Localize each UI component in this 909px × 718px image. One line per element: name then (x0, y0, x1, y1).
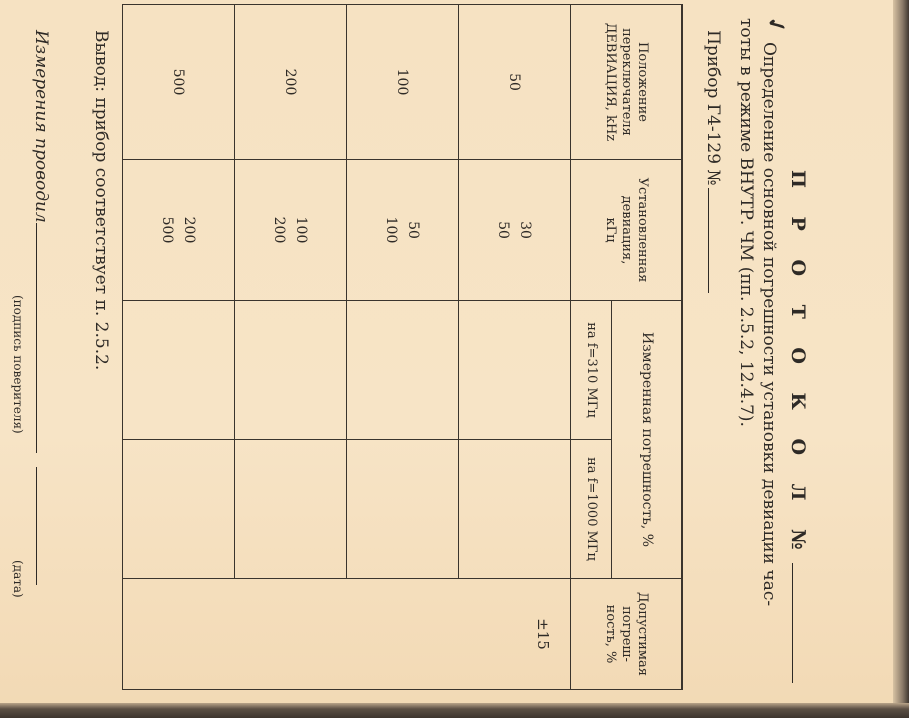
measured-by-line: Измерения проводил (31, 30, 51, 585)
measurement-table: Положение переключателя ДЕВИАЦИЯ, kHz Ус… (122, 4, 683, 690)
device-number-blank[interactable] (708, 188, 709, 293)
conclusion-text: Вывод: прибор соответствует п. 2.5.2. (91, 30, 111, 370)
header-measured-error: Измеренная погрешность, % (612, 301, 682, 579)
description-line-1: Определение основной погрешности установ… (757, 42, 781, 702)
signature-blank[interactable] (36, 223, 37, 453)
set-values: 200500 (123, 160, 235, 301)
header-switch-position: Положение переключателя ДЕВИАЦИЯ, kHz (571, 5, 683, 160)
device-label: Прибор Г4-129 № (703, 30, 723, 293)
header-set-deviation: Установленная девиация, кГц (571, 160, 683, 301)
switch-value: 200 (235, 5, 347, 160)
header-f1000: на f=1000 МГц (571, 440, 612, 579)
check-mark-icon: ✓ (761, 12, 792, 38)
signature-caption: (подпись поверителя) (11, 295, 25, 434)
f1000-input-cell[interactable] (459, 440, 571, 579)
document-page: ✓ П Р О Т О К О Л № Определение основной… (0, 0, 909, 718)
page-spine-shadow (893, 0, 909, 703)
header-f310: на f=310 МГц (571, 301, 612, 440)
f1000-input-cell[interactable] (347, 440, 459, 579)
description-line-2: тоты в режиме ВНУТР. ЧМ (пп. 2.5.2, 12.4… (736, 18, 756, 427)
switch-value: 500 (123, 5, 235, 160)
set-values: 50100 (347, 160, 459, 301)
book-binding-edge (0, 703, 909, 718)
f310-input-cell[interactable] (459, 301, 571, 440)
f1000-input-cell[interactable] (123, 440, 235, 579)
protocol-number-blank[interactable] (792, 563, 793, 683)
header-tolerance: Допустимая погреш- ность, % (571, 579, 683, 690)
f310-input-cell[interactable] (347, 301, 459, 440)
f310-input-cell[interactable] (235, 301, 347, 440)
date-blank[interactable] (36, 467, 37, 585)
f1000-input-cell[interactable] (235, 440, 347, 579)
date-caption: (дата) (11, 560, 25, 598)
set-values: 3050 (459, 160, 571, 301)
switch-value: 100 (347, 5, 459, 160)
tolerance-value: ±15 (123, 579, 571, 690)
f310-input-cell[interactable] (123, 301, 235, 440)
set-values: 100200 (235, 160, 347, 301)
protocol-title: П Р О Т О К О Л № (787, 170, 809, 683)
table-row: 50 3050 ±15 (459, 5, 571, 690)
switch-value: 50 (459, 5, 571, 160)
